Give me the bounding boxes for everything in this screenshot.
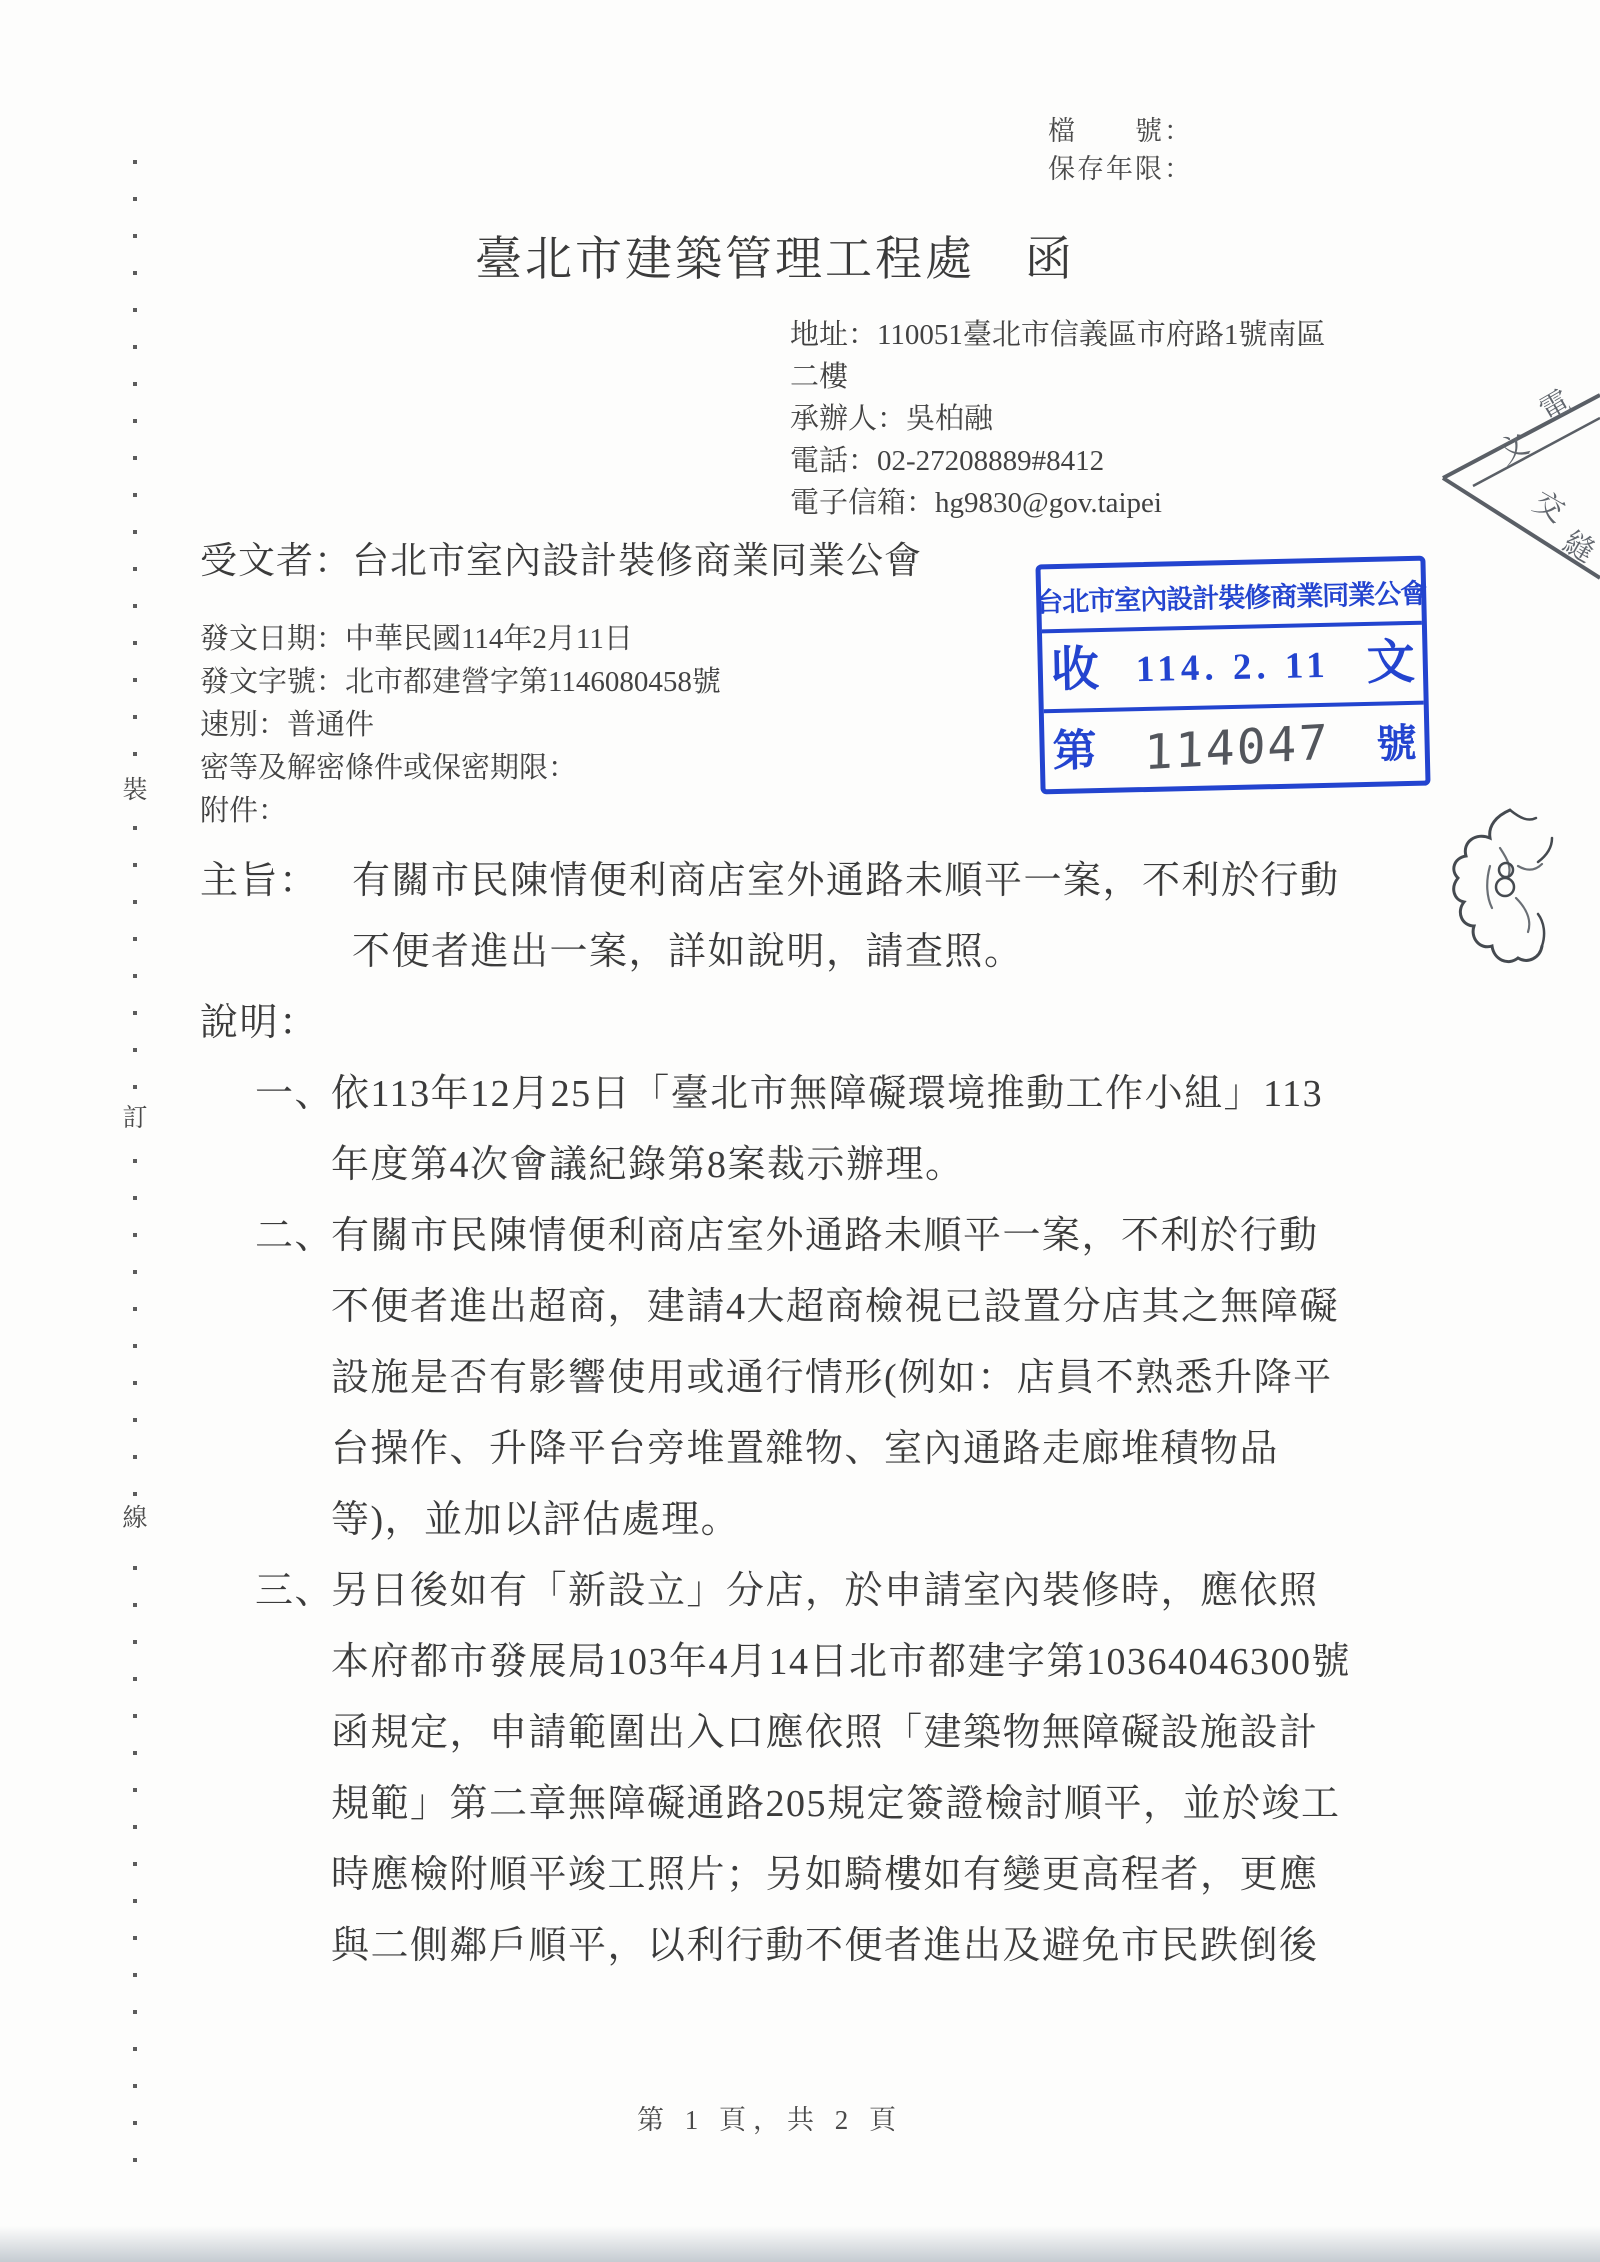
file-number-label: 檔 號： <box>1048 112 1193 150</box>
meta-line: 附件： <box>200 790 721 833</box>
retention-period-label: 保存年限： <box>1048 150 1193 188</box>
body-line-text: 規範」第二章無障礙通路205規定簽證檢討順平，並於竣工 <box>331 1783 1341 1825</box>
meta-line: 密等及解密條件或保密期限： <box>200 747 721 790</box>
meta-line: 發文日期：中華民國114年2月11日 <box>200 618 721 661</box>
sender-info-block: 地址：110051臺北市信義區市府路1號南區二樓承辦人：吳柏融電話：02-272… <box>790 314 1325 524</box>
sender-info-line: 電子信箱：hg9830@gov.taipei <box>790 482 1325 524</box>
receipt-stamp: 台北市室內設計裝修商業同業公會 收 114. 2. 11 文 第 114047 … <box>1035 556 1430 795</box>
body-line-text: 本府都市發展局103年4月14日北市都建字第10364046300號 <box>331 1641 1351 1683</box>
body-line-text: 台操作、升降平台旁堆置雜物、室內通路走廊堆積物品 <box>331 1428 1279 1470</box>
body-line-label: 一、 <box>255 1059 331 1130</box>
scanned-letter-page: 檔 號： 保存年限： 臺北市建築管理工程處 函 地址：110051臺北市信義區市… <box>0 0 1600 2262</box>
body-line: 一、依113年12月25日「臺北市無障礙環境推動工作小組」113 <box>200 1059 1470 1130</box>
receipt-stamp-date-row: 收 114. 2. 11 文 <box>1042 625 1424 714</box>
letter-body: 主旨：有關市民陳情便利商店室外通路未順平一案，不利於行動不便者進出一案，詳如說明… <box>200 846 1470 1982</box>
body-line: 函規定，申請範圍出入口應依照「建築物無障礙設施設計 <box>200 1698 1470 1769</box>
body-line-text: 說明： <box>200 1002 319 1044</box>
body-line: 台操作、升降平台旁堆置雜物、室內通路走廊堆積物品 <box>200 1414 1470 1485</box>
body-line: 本府都市發展局103年4月14日北市都建字第10364046300號 <box>200 1627 1470 1698</box>
meta-line: 速別：普通件 <box>200 704 721 747</box>
exchange-seal-fragment-icon: 電文交縫 <box>1435 370 1600 635</box>
body-line-text: 有關市民陳情便利商店室外通路未順平一案，不利於行動 <box>352 860 1340 902</box>
receipt-stamp-org: 台北市室內設計裝修商業同業公會 <box>1041 561 1422 634</box>
body-line-text: 不便者進出超商，建請4大超商檢視已設置分店其之無障礙 <box>331 1286 1339 1328</box>
binding-margin-character: 線 <box>118 1498 152 1534</box>
body-line-text: 依113年12月25日「臺北市無障礙環境推動工作小組」113 <box>331 1073 1323 1115</box>
receipt-stamp-doc-char: 文 <box>1366 639 1415 688</box>
receipt-stamp-handwritten-number: 114047 <box>1097 711 1377 783</box>
body-line: 說明： <box>200 988 1470 1059</box>
scan-edge-shadow <box>0 2226 1600 2262</box>
file-header: 檔 號： 保存年限： <box>1048 112 1193 188</box>
body-line: 規範」第二章無障礙通路205規定簽證檢討順平，並於竣工 <box>200 1769 1470 1840</box>
sender-info-line: 承辦人：吳柏融 <box>790 398 1325 440</box>
body-line-text: 時應檢附順平竣工照片；另如騎樓如有變更高程者，更應 <box>331 1854 1319 1896</box>
body-line-text: 年度第4次會議紀錄第8案裁示辦理。 <box>331 1144 965 1186</box>
binding-margin-dotted-line <box>133 160 137 2190</box>
body-line-label: 主旨： <box>200 846 352 917</box>
body-line-text: 與二側鄰戶順平，以利行動不便者進出及避免市民跌倒後 <box>331 1925 1319 1967</box>
document-meta-block: 發文日期：中華民國114年2月11日發文字號：北市都建營字第1146080458… <box>200 618 721 833</box>
body-line: 主旨：有關市民陳情便利商店室外通路未順平一案，不利於行動 <box>200 846 1470 917</box>
body-line: 與二側鄰戶順平，以利行動不便者進出及避免市民跌倒後 <box>200 1911 1470 1982</box>
body-line: 不便者進出超商，建請4大超商檢視已設置分店其之無障礙 <box>200 1272 1470 1343</box>
sender-info-line: 電話：02-27208889#8412 <box>790 440 1325 482</box>
body-line-text: 不便者進出一案，詳如說明，請查照。 <box>352 931 1024 973</box>
receipt-stamp-date: 114. 2. 11 <box>1098 642 1367 691</box>
body-line: 三、另日後如有「新設立」分店，於申請室內裝修時，應依照 <box>200 1556 1470 1627</box>
flower-doodle-icon <box>1448 806 1558 976</box>
body-line: 設施是否有影響使用或通行情形(例如：店員不熟悉升降平 <box>200 1343 1470 1414</box>
body-line-text: 另日後如有「新設立」分店，於申請室內裝修時，應依照 <box>331 1570 1319 1612</box>
recipient-line: 受文者：台北市室內設計裝修商業同業公會 <box>200 530 922 584</box>
binding-margin-character: 訂 <box>118 1098 152 1134</box>
receipt-stamp-number-prefix: 第 <box>1052 729 1097 774</box>
sender-info-line: 地址：110051臺北市信義區市府路1號南區 <box>790 314 1325 356</box>
body-line-label: 三、 <box>255 1556 331 1627</box>
exchange-seal-character: 電 <box>1534 384 1576 428</box>
body-line-text: 有關市民陳情便利商店室外通路未順平一案，不利於行動 <box>331 1215 1319 1257</box>
body-line-label: 二、 <box>255 1201 331 1272</box>
body-line: 年度第4次會議紀錄第8案裁示辦理。 <box>200 1130 1470 1201</box>
document-title: 臺北市建築管理工程處 函 <box>475 222 1075 289</box>
body-line-text: 等)，並加以評估處理。 <box>331 1499 740 1541</box>
exchange-seal-character: 縫 <box>1558 525 1600 569</box>
exchange-seal-character: 交 <box>1528 485 1570 529</box>
receipt-stamp-receive-char: 收 <box>1050 646 1099 695</box>
body-line: 不便者進出一案，詳如說明，請查照。 <box>200 917 1470 988</box>
body-line: 二、有關市民陳情便利商店室外通路未順平一案，不利於行動 <box>200 1201 1470 1272</box>
body-line-text: 函規定，申請範圍出入口應依照「建築物無障礙設施設計 <box>331 1712 1319 1754</box>
sender-info-line: 二樓 <box>790 356 1325 398</box>
binding-margin-character: 裝 <box>118 770 152 806</box>
receipt-stamp-number-row: 第 114047 號 <box>1044 705 1426 791</box>
body-line: 時應檢附順平竣工照片；另如騎樓如有變更高程者，更應 <box>200 1840 1470 1911</box>
receipt-stamp-number-suffix: 號 <box>1376 723 1417 764</box>
page-number: 第 1 頁，共 2 頁 <box>637 2098 903 2137</box>
meta-line: 發文字號：北市都建營字第1146080458號 <box>200 661 721 704</box>
body-line-text: 設施是否有影響使用或通行情形(例如：店員不熟悉升降平 <box>331 1357 1333 1399</box>
body-line: 等)，並加以評估處理。 <box>200 1485 1470 1556</box>
